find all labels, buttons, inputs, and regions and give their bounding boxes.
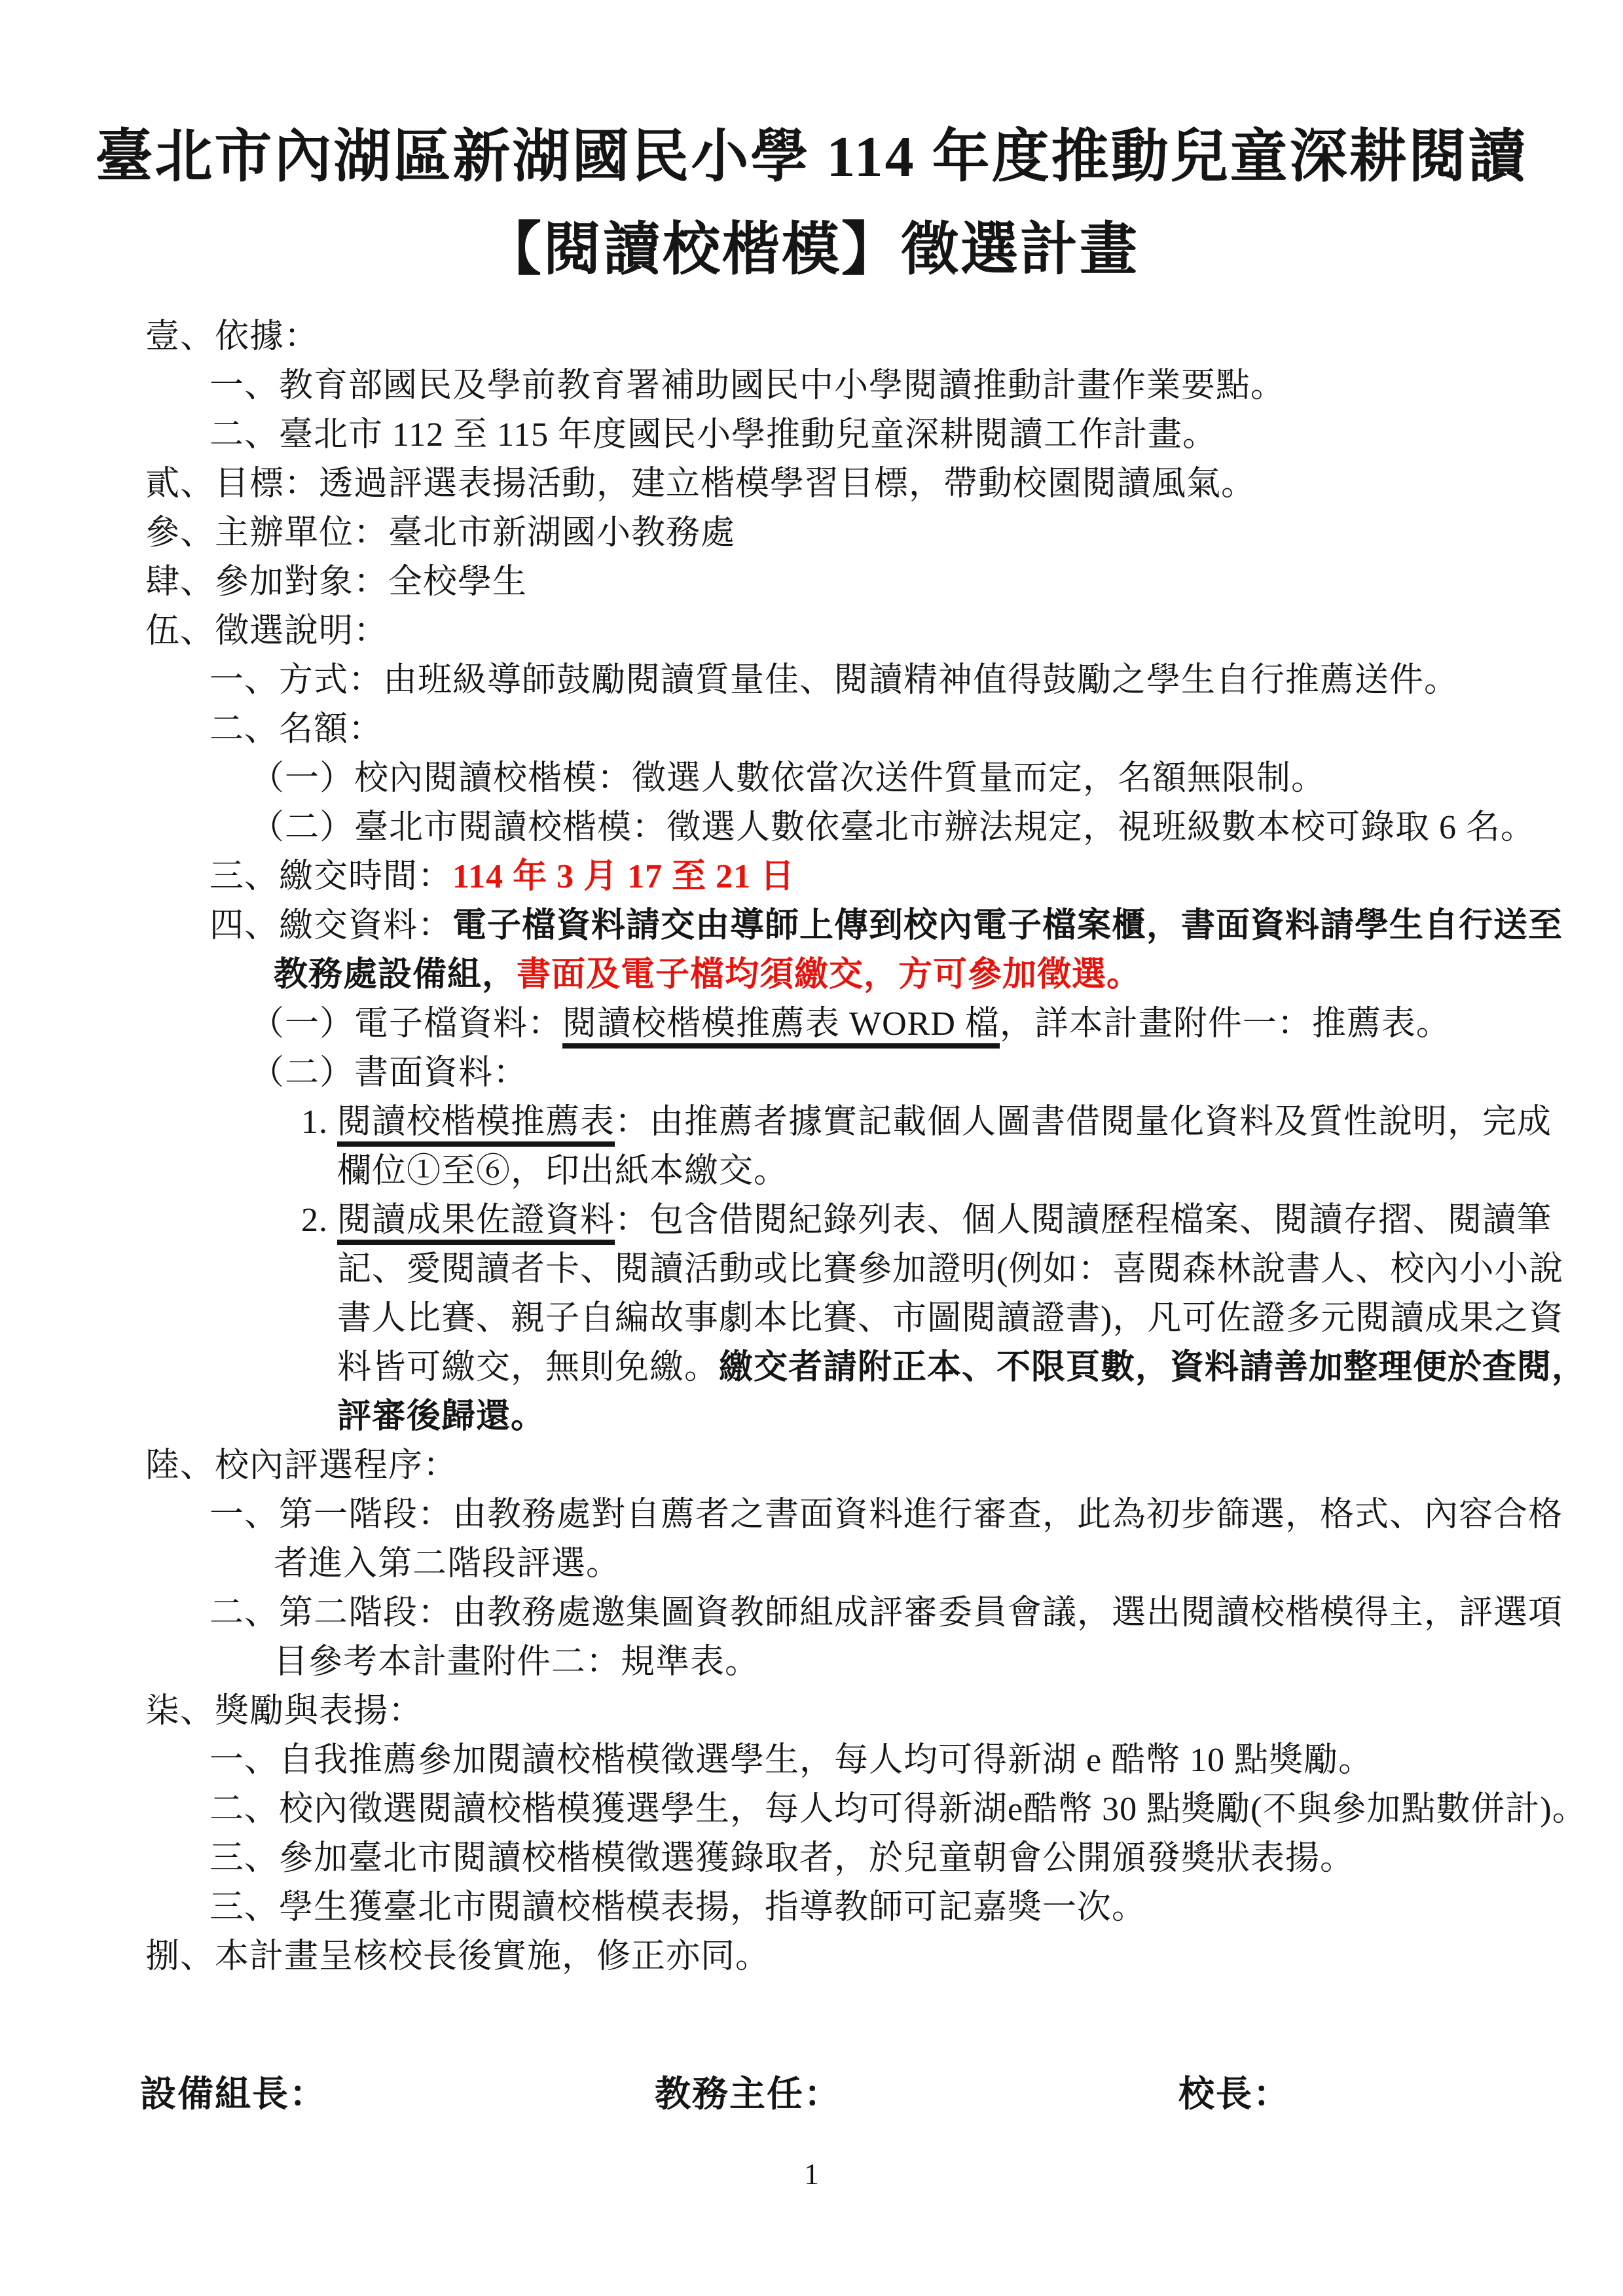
text-segment: 閱讀校楷模推薦表 WORD 檔: [562, 1005, 1000, 1049]
document-line: 記、愛閱讀者卡、閱讀活動或比賽參加證明(例如：喜閱森林說書人、校內小小說: [145, 1245, 1527, 1294]
text-segment: 二、名額：: [210, 711, 383, 748]
text-segment: 教務處設備組，: [274, 956, 517, 994]
document-line: 壹、依據：: [145, 312, 1527, 361]
document-line: 二、校內徵選閱讀校楷模獲選學生，每人均可得新湖e酷幣 30 點獎勵(不與參加點數…: [145, 1785, 1527, 1834]
document-line: 二、名額：: [145, 705, 1527, 754]
document-line: （二）書面資料：: [145, 1049, 1527, 1098]
text-segment: 貳、目標：透過評選表揚活動，建立楷模學習目標，帶動校園閱讀風氣。: [145, 465, 1256, 503]
document-line: 貳、目標：透過評選表揚活動，建立楷模學習目標，帶動校園閱讀風氣。: [145, 459, 1527, 509]
document-line: 1. 閱讀校楷模推薦表：由推薦者據實記載個人圖書借閱量化資料及質性說明，完成: [145, 1098, 1527, 1147]
text-segment: 一、第一階段：由教務處對自薦者之書面資料進行審查，此為初步篩選，格式、內容合格: [210, 1496, 1563, 1534]
document-line: 書人比賽、親子自編故事劇本比賽、市圖閱讀證書)，凡可佐證多元閱讀成果之資: [145, 1294, 1527, 1343]
document-line: 一、教育部國民及學前教育署補助國民中小學閱讀推動計畫作業要點。: [145, 361, 1527, 410]
document-title: 臺北市內湖區新湖國民小學 114 年度推動兒童深耕閱讀 【閱讀校楷模】徵選計畫: [0, 111, 1623, 297]
document-line: 肆、參加對象：全校學生: [145, 558, 1527, 607]
document-page: { "colors": { "accent_red": "#e8120b", "…: [0, 0, 1623, 2296]
document-line: 一、方式：由班級導師鼓勵閱讀質量佳、閱讀精神值得鼓勵之學生自行推薦送件。: [145, 656, 1527, 705]
text-segment: （一）校內閱讀校楷模：徵選人數依當次送件質量而定，名額無限制。: [250, 760, 1326, 797]
text-segment: 捌、本計畫呈核校長後實施，修正亦同。: [145, 1938, 770, 1975]
text-segment: 三、繳交時間：: [210, 858, 452, 895]
text-segment: 書人比賽、親子自編故事劇本比賽、市圖閱讀證書)，凡可佐證多元閱讀成果之資: [337, 1300, 1563, 1337]
document-line: 教務處設備組，書面及電子檔均須繳交，方可參加徵選。: [145, 950, 1527, 999]
document-line: 三、參加臺北市閱讀校楷模徵選獲錄取者，於兒童朝會公開頒發獎狀表揚。: [145, 1834, 1527, 1883]
signature-academic-director: 教務主任：: [655, 2068, 841, 2121]
document-line: 三、繳交時間：114 年 3 月 17 至 21 日: [145, 852, 1527, 901]
text-segment: 繳交者請附正本、不限頁數，資料請善加整理便於查閱，: [719, 1349, 1586, 1386]
text-segment: 2.: [301, 1202, 337, 1239]
text-segment: ，詳本計畫附件一：推薦表。: [1000, 1005, 1451, 1043]
text-segment: 電子檔資料請交由導師上傳到校內電子檔案櫃，書面資料請學生自行送至: [452, 907, 1563, 944]
text-segment: 伍、徵選說明：: [145, 613, 388, 650]
document-line: 參、主辦單位：臺北市新湖國小教務處: [145, 509, 1527, 558]
document-line: 三、學生獲臺北市閱讀校楷模表揚，指導教師可記嘉獎一次。: [145, 1883, 1527, 1932]
text-segment: 者進入第二階段評選。: [274, 1545, 621, 1583]
text-segment: 二、臺北市 112 至 115 年度國民小學推動兒童深耕閱讀工作計畫。: [210, 416, 1217, 454]
document-line: （二）臺北市閱讀校楷模：徵選人數依臺北市辦法規定，視班級數本校可錄取 6 名。: [145, 803, 1527, 852]
text-segment: 書面及電子檔均須繳交，方可參加徵選。: [517, 956, 1141, 994]
document-line: 陸、校內評選程序：: [145, 1441, 1527, 1490]
signature-row: 設備組長： 教務主任： 校長：: [0, 2068, 1623, 2121]
text-segment: 114 年 3 月 17 至 21 日: [452, 858, 795, 895]
document-line: 料皆可繳交，無則免繳。繳交者請附正本、不限頁數，資料請善加整理便於查閱，: [145, 1343, 1527, 1392]
text-segment: 一、自我推薦參加閱讀校楷模徵選學生，每人均可得新湖 e 酷幣 10 點獎勵。: [210, 1742, 1373, 1779]
page-number: 1: [0, 2157, 1623, 2191]
text-segment: 一、教育部國民及學前教育署補助國民中小學閱讀推動計畫作業要點。: [210, 367, 1285, 404]
text-segment: 三、學生獲臺北市閱讀校楷模表揚，指導教師可記嘉獎一次。: [210, 1889, 1146, 1926]
document-line: 一、自我推薦參加閱讀校楷模徵選學生，每人均可得新湖 e 酷幣 10 點獎勵。: [145, 1736, 1527, 1785]
text-segment: ：由推薦者據實記載個人圖書借閱量化資料及質性說明，完成: [615, 1103, 1552, 1141]
text-segment: 欄位①至⑥，印出紙本繳交。: [337, 1153, 788, 1190]
text-segment: 陸、校內評選程序：: [145, 1447, 458, 1484]
document-line: （一）校內閱讀校楷模：徵選人數依當次送件質量而定，名額無限制。: [145, 754, 1527, 803]
text-segment: 二、第二階段：由教務處邀集圖資教師組成評審委員會議，選出閱讀校楷模得主，評選項: [210, 1594, 1563, 1632]
document-title-line2: 【閱讀校楷模】徵選計畫: [0, 204, 1623, 297]
text-segment: （一）電子檔資料：: [250, 1005, 562, 1043]
signature-equipment-lead: 設備組長：: [140, 2068, 327, 2121]
document-line: 評審後歸還。: [145, 1392, 1527, 1441]
document-line: 者進入第二階段評選。: [145, 1539, 1527, 1588]
text-segment: 記、愛閱讀者卡、閱讀活動或比賽參加證明(例如：喜閱森林說書人、校內小小說: [337, 1251, 1563, 1288]
text-segment: 閱讀校楷模推薦表: [337, 1103, 615, 1147]
document-line: 四、繳交資料：電子檔資料請交由導師上傳到校內電子檔案櫃，書面資料請學生自行送至: [145, 901, 1527, 950]
text-segment: 一、方式：由班級導師鼓勵閱讀質量佳、閱讀精神值得鼓勵之學生自行推薦送件。: [210, 662, 1459, 699]
document-line: 欄位①至⑥，印出紙本繳交。: [145, 1147, 1527, 1196]
text-segment: 三、參加臺北市閱讀校楷模徵選獲錄取者，於兒童朝會公開頒發獎狀表揚。: [210, 1840, 1355, 1877]
document-line: 二、第二階段：由教務處邀集圖資教師組成評審委員會議，選出閱讀校楷模得主，評選項: [145, 1588, 1527, 1638]
text-segment: （二）書面資料：: [250, 1054, 528, 1092]
text-segment: 目參考本計畫附件二：規準表。: [274, 1643, 759, 1681]
signature-principal: 校長：: [1178, 2068, 1290, 2121]
document-line: 2. 閱讀成果佐證資料：包含借閱紀錄列表、個人閱讀歷程檔案、閱讀存摺、閱讀筆: [145, 1196, 1527, 1245]
text-segment: 柒、獎勵與表揚：: [145, 1693, 423, 1730]
document-line: 伍、徵選說明：: [145, 607, 1527, 656]
text-segment: 肆、參加對象：全校學生: [145, 564, 527, 601]
document-title-line1: 臺北市內湖區新湖國民小學 114 年度推動兒童深耕閱讀: [0, 111, 1623, 204]
document-line: 二、臺北市 112 至 115 年度國民小學推動兒童深耕閱讀工作計畫。: [145, 410, 1527, 459]
text-segment: 二、校內徵選閱讀校楷模獲選學生，每人均可得新湖e酷幣 30 點獎勵(不與參加點數…: [210, 1791, 1587, 1828]
text-segment: 閱讀成果佐證資料: [337, 1202, 615, 1245]
document-line: 目參考本計畫附件二：規準表。: [145, 1638, 1527, 1687]
text-segment: 1.: [301, 1103, 337, 1141]
text-segment: （二）臺北市閱讀校楷模：徵選人數依臺北市辦法規定，視班級數本校可錄取 6 名。: [250, 809, 1535, 846]
document-line: 一、第一階段：由教務處對自薦者之書面資料進行審查，此為初步篩選，格式、內容合格: [145, 1490, 1527, 1539]
document-line: （一）電子檔資料：閱讀校楷模推薦表 WORD 檔，詳本計畫附件一：推薦表。: [145, 999, 1527, 1049]
text-segment: 四、繳交資料：: [210, 907, 452, 944]
text-segment: 評審後歸還。: [337, 1398, 545, 1435]
text-segment: 參、主辦單位：臺北市新湖國小教務處: [145, 514, 735, 552]
document-line: 捌、本計畫呈核校長後實施，修正亦同。: [145, 1932, 1527, 1981]
document-line: 柒、獎勵與表揚：: [145, 1687, 1527, 1736]
text-segment: ：包含借閱紀錄列表、個人閱讀歷程檔案、閱讀存摺、閱讀筆: [615, 1202, 1552, 1239]
text-segment: 料皆可繳交，無則免繳。: [337, 1349, 719, 1386]
text-segment: 壹、依據：: [145, 318, 319, 355]
document-body: 壹、依據：一、教育部國民及學前教育署補助國民中小學閱讀推動計畫作業要點。二、臺北…: [145, 312, 1527, 1981]
